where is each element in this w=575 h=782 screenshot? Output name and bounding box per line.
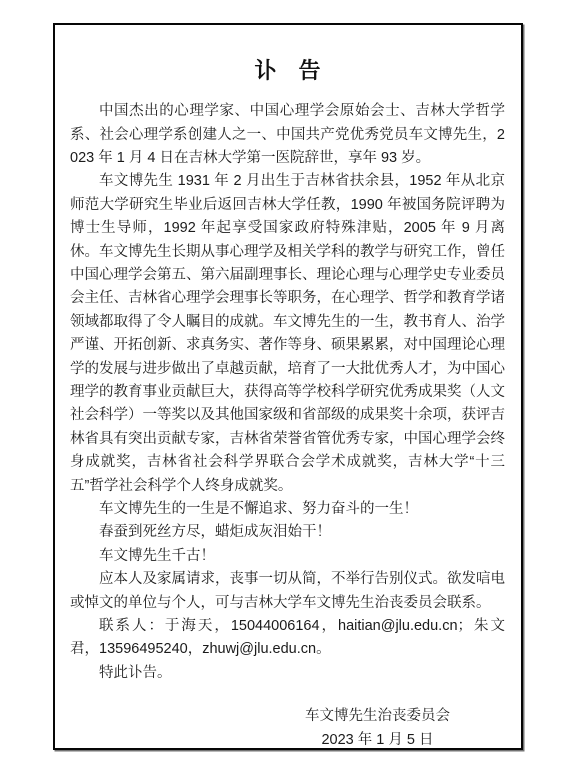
paragraph-biography: 车文博先生 1931 年 2 月出生于吉林省扶余县，1952 年从北京师范大学研…	[70, 170, 505, 498]
paragraph-contacts: 联系人：于海天，15044006164，haitian@jlu.edu.cn；朱…	[70, 615, 505, 662]
obituary-body: 中国杰出的心理学家、中国心理学会原始会士、吉林大学哲学系、社会心理学系创建人之一…	[70, 100, 505, 685]
paragraph-funeral-arrangements: 应本人及家属请求，丧事一切从简，不举行告别仪式。欲发唁电或悼文的单位与个人，可与…	[70, 568, 505, 615]
signature-committee: 车文博先生治丧委员会	[305, 705, 450, 728]
obituary-notice-sheet: 讣 告 中国杰出的心理学家、中国心理学会原始会士、吉林大学哲学系、社会心理学系创…	[53, 23, 523, 750]
paragraph-tribute-3: 车文博先生千古！	[70, 545, 505, 568]
paragraph-closing: 特此讣告。	[70, 662, 505, 685]
paragraph-tribute-2: 春蚕到死丝方尽，蜡炬成灰泪始干！	[70, 521, 505, 544]
page-title: 讣 告	[70, 59, 505, 82]
signature-date: 2023 年 1 月 5 日	[305, 729, 450, 752]
paragraph-tribute-1: 车文博先生的一生是不懈追求、努力奋斗的一生！	[70, 498, 505, 521]
signature-block: 车文博先生治丧委员会 2023 年 1 月 5 日	[305, 705, 450, 752]
paragraph-intro: 中国杰出的心理学家、中国心理学会原始会士、吉林大学哲学系、社会心理学系创建人之一…	[70, 100, 505, 170]
